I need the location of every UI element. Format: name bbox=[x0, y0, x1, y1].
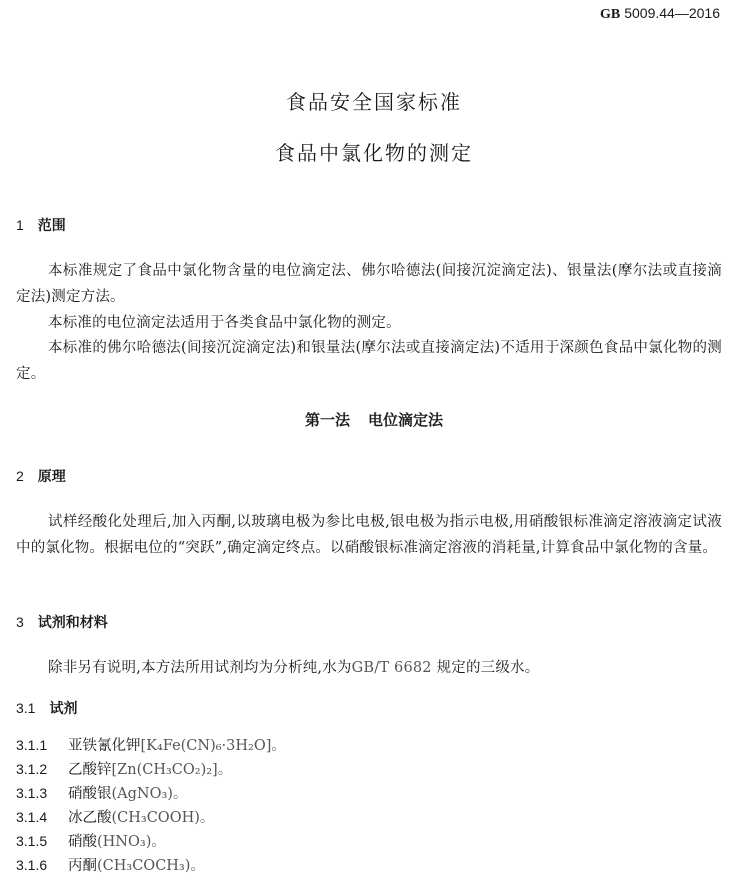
paragraph-reagents-intro: 除非另有说明,本方法所用试剂均为分析纯,水为GB/T 6682 规定的三级水。 bbox=[16, 656, 722, 682]
standard-number: 5009.44—2016 bbox=[624, 5, 720, 21]
item-formula: (HNO₃)。 bbox=[97, 834, 166, 850]
document-title: 食品安全国家标准 bbox=[0, 86, 748, 115]
section-title: 试剂 bbox=[49, 701, 77, 717]
section-number: 1 bbox=[16, 217, 24, 233]
reagent-item: 3.1.6丙酮(CH₃COCH₃)。 bbox=[16, 853, 205, 878]
paragraph-principle: 试样经酸化处理后,加入丙酮,以玻璃电极为参比电极,银电极为指示电极,用硝酸银标准… bbox=[16, 510, 722, 561]
item-name: 亚铁氰化钾 bbox=[68, 738, 141, 754]
intro-text: 除非另有说明,本方法所用试剂均为分析纯,水为 bbox=[48, 660, 352, 676]
reagent-item: 3.1.3硝酸银(AgNO₃)。 bbox=[16, 781, 187, 806]
item-name: 冰乙酸 bbox=[68, 810, 112, 826]
method-label: 第一法 bbox=[305, 411, 350, 429]
item-name: 丙酮 bbox=[68, 858, 97, 874]
item-name: 硝酸 bbox=[68, 834, 97, 850]
paragraph-scope-2: 本标准的电位滴定法适用于各类食品中氯化物的测定。 bbox=[16, 311, 722, 337]
standard-prefix: GB bbox=[600, 7, 620, 22]
item-formula: [K₄Fe(CN)₆·3H₂O]。 bbox=[141, 738, 286, 754]
section-heading-1: 1范围 bbox=[16, 215, 66, 235]
paragraph-scope-1: 本标准规定了食品中氯化物含量的电位滴定法、佛尔哈德法(间接沉淀滴定法)、银量法(… bbox=[16, 259, 722, 310]
reagent-item: 3.1.2乙酸锌[Zn(CH₃CO₂)₂]。 bbox=[16, 757, 232, 782]
document-subtitle: 食品中氯化物的测定 bbox=[0, 137, 748, 166]
item-name: 乙酸锌 bbox=[68, 762, 112, 778]
reagent-item: 3.1.4冰乙酸(CH₃COOH)。 bbox=[16, 805, 214, 830]
item-number: 3.1.2 bbox=[16, 757, 68, 781]
intro-text-end: 规定的三级水。 bbox=[437, 660, 540, 676]
subsection-heading-3-1: 3.1试剂 bbox=[16, 698, 77, 718]
section-number: 3 bbox=[16, 614, 24, 630]
section-heading-3: 3试剂和材料 bbox=[16, 612, 108, 632]
standard-reference: GB/T 6682 bbox=[352, 660, 432, 676]
section-number: 2 bbox=[16, 468, 24, 484]
item-formula: (CH₃COOH)。 bbox=[112, 810, 215, 826]
item-number: 3.1.6 bbox=[16, 853, 68, 877]
item-formula: (CH₃COCH₃)。 bbox=[97, 858, 205, 874]
section-title: 范围 bbox=[38, 218, 66, 234]
standard-code: GB5009.44—2016 bbox=[600, 5, 720, 23]
item-number: 3.1.1 bbox=[16, 733, 68, 757]
item-formula: (AgNO₃)。 bbox=[112, 786, 188, 802]
reagent-item: 3.1.1亚铁氰化钾[K₄Fe(CN)₆·3H₂O]。 bbox=[16, 733, 286, 758]
item-formula: [Zn(CH₃CO₂)₂]。 bbox=[112, 762, 233, 778]
reagent-item: 3.1.5硝酸(HNO₃)。 bbox=[16, 829, 166, 854]
section-heading-2: 2原理 bbox=[16, 466, 66, 486]
method-title: 第一法电位滴定法 bbox=[0, 409, 748, 430]
item-number: 3.1.5 bbox=[16, 829, 68, 853]
section-title: 原理 bbox=[38, 469, 66, 485]
method-name: 电位滴定法 bbox=[368, 411, 443, 429]
section-number: 3.1 bbox=[16, 700, 35, 716]
section-title: 试剂和材料 bbox=[38, 615, 108, 631]
item-name: 硝酸银 bbox=[68, 786, 112, 802]
paragraph-scope-3: 本标准的佛尔哈德法(间接沉淀滴定法)和银量法(摩尔法或直接滴定法)不适用于深颜色… bbox=[16, 336, 722, 387]
item-number: 3.1.3 bbox=[16, 781, 68, 805]
item-number: 3.1.4 bbox=[16, 805, 68, 829]
